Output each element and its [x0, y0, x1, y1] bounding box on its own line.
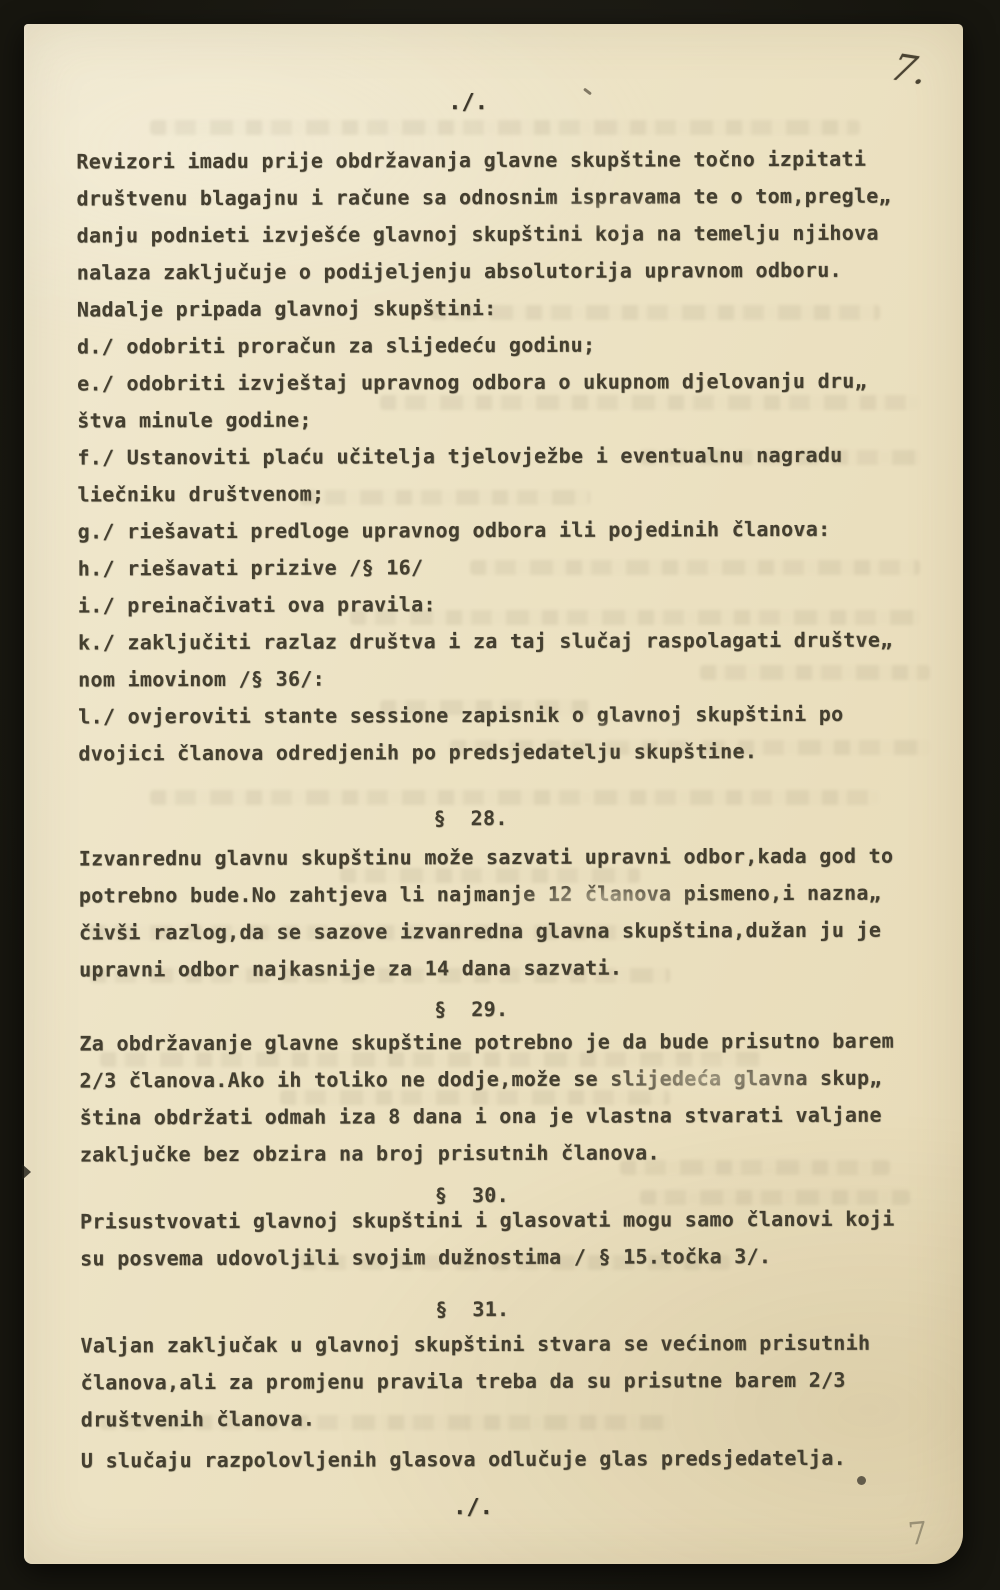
paragraph: Za obdržavanje glavne skupštine potrebno… [79, 1029, 916, 1180]
text-line: 2/3 članova.Ako ih toliko ne dodje,može … [79, 1066, 915, 1106]
text-line: štva minule godine; [77, 406, 913, 446]
text-line: i./ preinačivati ova pravila: [78, 591, 914, 631]
scanned-document-photo: { "photo": { "page_number_top": "7.", "p… [0, 0, 1000, 1590]
text-line: društvenih članova. [81, 1405, 917, 1445]
text-line: dvojici članova odredjenih po predsjedat… [78, 739, 914, 779]
text-line: Izvanrednu glavnu skupštinu može sazvati… [79, 844, 915, 884]
section-heading: § 28. [53, 805, 889, 845]
text-line: danju podnieti izvješće glavnoj skupštin… [77, 221, 913, 261]
text-line: Prisustvovati glavnoj skupštini i glasov… [80, 1207, 916, 1247]
bottom-separator-mark: ./. [55, 1494, 891, 1522]
handwritten-page-number-bottom: 7 [906, 1515, 929, 1553]
text-line: ština obdržati odmah iza 8 dana i ona je… [80, 1103, 916, 1143]
paragraph: Prisustvovati glavnoj skupštini i glasov… [80, 1207, 916, 1284]
text-line: čivši razlog,da se sazove izvanredna gla… [79, 918, 915, 958]
text-line: U slučaju razpolovljenih glasova odlučuj… [81, 1446, 917, 1486]
text-line: upravni odbor najkasnije za 14 dana sazv… [79, 955, 915, 995]
paragraph: Izvanrednu glavnu skupštinu može sazvati… [79, 844, 916, 995]
text-line: Nadalje pripada glavnoj skupštini: [77, 295, 913, 335]
document-page: ./. Revizori imadu prije obdržavanja gla… [24, 24, 963, 1564]
section-heading: § 31. [54, 1296, 890, 1336]
text-line: društvenu blagajnu i račune sa odnosnim … [76, 184, 912, 224]
text-line: k./ zaključiti razlaz društva i za taj s… [78, 628, 914, 668]
ink-spot [857, 1476, 866, 1485]
text-line: su posvema udovoljili svojim dužnostima … [80, 1244, 916, 1284]
paragraph: U slučaju razpolovljenih glasova odlučuj… [81, 1446, 917, 1486]
text-line: Revizori imadu prije obdržavanja glavne … [76, 147, 912, 187]
text-line: Za obdržavanje glavne skupštine potrebno… [79, 1029, 915, 1069]
text-line: l./ ovjeroviti stante sessione zapisnik … [78, 702, 914, 742]
paper-edge-notch [22, 1164, 31, 1180]
text-line: h./ riešavati prizive /§ 16/ [78, 554, 914, 594]
text-line: g./ riešavati predloge upravnog odbora i… [78, 517, 914, 557]
top-separator-mark: ./. [50, 89, 886, 117]
text-line: članova,ali za promjenu pravila treba da… [81, 1368, 917, 1408]
text-line: Valjan zaključak u glavnoj skupštini stv… [80, 1331, 916, 1371]
text-line: e./ odobriti izvještaj upravnog odbora o… [77, 369, 913, 409]
text-line: zaključke bez obzira na broj prisutnih č… [80, 1140, 916, 1180]
text-line: nalaza zaključuje o podijeljenju absolut… [77, 258, 913, 298]
text-line: liečniku društvenom; [77, 480, 913, 520]
text-line: f./ Ustanoviti plaću učitelja tjelovježb… [77, 443, 913, 483]
paragraph: Revizori imadu prije obdržavanja glavne … [76, 147, 914, 779]
text-line: nom imovinom /§ 36/: [78, 665, 914, 705]
typewritten-text-column: ./. Revizori imadu prije obdržavanja gla… [76, 23, 917, 1566]
text-line: d./ odobriti proračun za slijedeću godin… [77, 332, 913, 372]
text-line: potrebno bude.No zahtjeva li najmanje 12… [79, 881, 915, 921]
paragraph: Valjan zaključak u glavnoj skupštini stv… [80, 1331, 916, 1445]
